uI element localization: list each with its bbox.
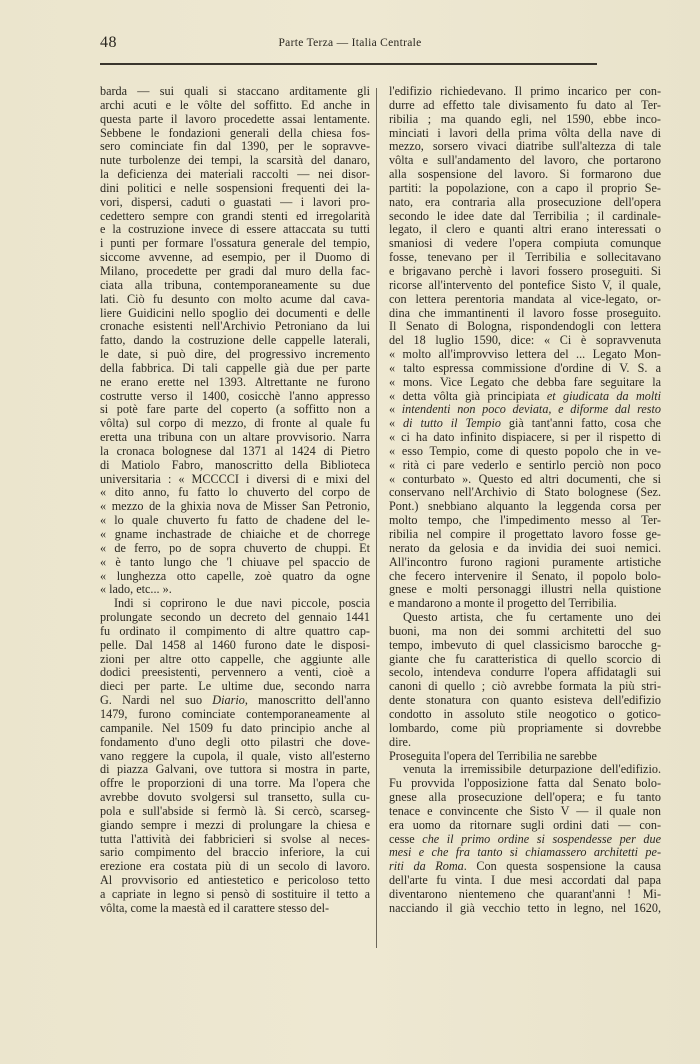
text-line: « ci ha dato infinito dispiacere, si per… — [389, 431, 661, 445]
text-line: e la costruzione invece di essere attacc… — [100, 223, 370, 237]
text-line: universitaria : « MCCCCI i diversi di e … — [100, 473, 370, 487]
text-line: buoni, ma non dei sommi architetti del s… — [389, 625, 661, 639]
text-line: lati. Ciò fu desunto con molto acume dal… — [100, 293, 370, 307]
text-line: mesi e che fra tanto si chiamassero arch… — [389, 846, 661, 860]
text-line: dire. — [389, 736, 661, 750]
text-line: la cronaca bolognese dal 1371 al 1424 di… — [100, 445, 370, 459]
text-line: Questo artista, che fu certamente uno de… — [389, 611, 661, 625]
text-line: « lo quale chuverto fu fatto de chadene … — [100, 514, 370, 528]
text-line: del 18 luglio 1590, dice: « Ci è sopravv… — [389, 334, 661, 348]
text-line: prolungate secondo un decreto del gennai… — [100, 611, 370, 625]
text-line: « conturbato ». Questo ed altri document… — [389, 473, 661, 487]
text-line: « gname inchastrade de chiaiche et de ch… — [100, 528, 370, 542]
text-line: fondamento d'uno degli otto pilastri che… — [100, 736, 370, 750]
text-line: giante che fu caratteristica di quello s… — [389, 653, 661, 667]
text-line: vori, dispersi, caduti o guastati — i la… — [100, 196, 370, 210]
text-line: della fabbrica. Di tali cappelle già due… — [100, 362, 370, 376]
text-line: sero cominciate fin dal 1390, per le sop… — [100, 140, 370, 154]
text-line: avrebbe dovuto svolgersi sul transetto, … — [100, 791, 370, 805]
text-line: vôlta) sul corpo di mezzo, di fronte al … — [100, 417, 370, 431]
text-line: nacciando il già vecchio tetto in legno,… — [389, 902, 661, 916]
text-line: cedettero sempre con grandi stenti ed ir… — [100, 210, 370, 224]
text-line: era uomo da ritornare sugli ordini dati … — [389, 819, 661, 833]
text-line: vano reggere la cupola, il quale, visto … — [100, 750, 370, 764]
text-line: e brigavano perchè i lavori fossero pros… — [389, 265, 661, 279]
text-line: fatto, dando la costruzione delle cappel… — [100, 334, 370, 348]
text-line: « lado, etc... ». — [100, 583, 370, 597]
text-line: G. Nardi nel suo Diario, manoscritto del… — [100, 694, 370, 708]
text-line: riti da Roma. Con questa sospensione la … — [389, 860, 661, 874]
text-line: dini politici e nelle sospensioni freque… — [100, 182, 370, 196]
text-line: durre ad effetto tale divisamento fu dat… — [389, 99, 661, 113]
text-line: venuta la irremissibile deturpazione del… — [389, 763, 661, 777]
text-line: All'incontro furono ragioni puramente ar… — [389, 556, 661, 570]
column-divider — [376, 88, 377, 948]
text-line: giando sempre i mezzi di prolungare la c… — [100, 819, 370, 833]
text-line: a capriate in legno si pensò di sostitui… — [100, 888, 370, 902]
text-line: nute turbolenze dei tempi, la scarsità d… — [100, 154, 370, 168]
text-line: cesse che il primo ordine si sospendesse… — [389, 833, 661, 847]
text-line: « intendenti non poco deviata, e diforme… — [389, 403, 661, 417]
text-line: tutta l'attività dei fabbricieri si svol… — [100, 833, 370, 847]
text-line: che fecero intervenire il Senato, il pop… — [389, 570, 661, 584]
text-line: ciata alla tribuna, contemporaneamente s… — [100, 279, 370, 293]
text-line: erezione era costata più di un secolo di… — [100, 860, 370, 874]
text-line: vôlta, come la maestà ed il carattere st… — [100, 902, 370, 916]
right-column: l'edifizio richiedevano. Il primo incari… — [389, 85, 661, 916]
text-line: si potè fare parte del coperto (a soffit… — [100, 403, 370, 417]
text-line: Fu provvida l'opposizione fatta dal Sena… — [389, 777, 661, 791]
text-line: lombardo, come più propriamente si dovre… — [389, 722, 661, 736]
text-line: tenace e convincente che Sisto V — il qu… — [389, 805, 661, 819]
text-line: i punti per formare l'ossatura generale … — [100, 237, 370, 251]
text-line: campanile. Nel 1509 fu dato principio an… — [100, 722, 370, 736]
text-line: la deficienza dei materiali raccolti — n… — [100, 168, 370, 182]
text-line: canoni di quello ; ciò avrebbe formata l… — [389, 680, 661, 694]
header-rule — [100, 63, 597, 65]
text-line: cronache esistenti nell'Archivio Petroni… — [100, 320, 370, 334]
page-header: 48 Parte Terza — Italia Centrale — [100, 34, 600, 54]
text-line: ne erano erette nel 1393. Altrettante ne… — [100, 376, 370, 390]
text-line: « mezzo de la ghixia nova de Misser San … — [100, 500, 370, 514]
text-line: eretta una tribuna con un altare provvis… — [100, 431, 370, 445]
text-line: « detta vôlta già principiata et giudica… — [389, 390, 661, 404]
text-line: ricorse all'intervento del pontefice Sis… — [389, 279, 661, 293]
text-line: minciati i lavori della prima vôlta dell… — [389, 127, 661, 141]
text-line: pelle. Dal 1458 al 1460 furono date le d… — [100, 639, 370, 653]
text-line: Il Senato di Bologna, rispondendogli con… — [389, 320, 661, 334]
text-line: dina che immantinenti il lavoro fosse pr… — [389, 307, 661, 321]
text-line: diventarono nientemeno che quarant'anni … — [389, 888, 661, 902]
text-line: l'edifizio richiedevano. Il primo incari… — [389, 85, 661, 99]
text-line: secondo le idee date dal Terribilia ; il… — [389, 210, 661, 224]
left-column: barda — sui quali si staccano arditament… — [100, 85, 370, 916]
text-line: « talto espressa commissione d'ordine di… — [389, 362, 661, 376]
text-line: archi acuti e le vôlte del soffitto. Ed … — [100, 99, 370, 113]
text-line: e mandarono a monte il progetto del Terr… — [389, 597, 661, 611]
text-line: dodici preesistenti, pervennero a venti,… — [100, 666, 370, 680]
text-line: ribilia nel compire il progettato lavoro… — [389, 528, 661, 542]
text-line: sario compimento del braccio inferiore, … — [100, 846, 370, 860]
text-line: fosse, tenevano per il Terribilia e soll… — [389, 251, 661, 265]
text-line: ribilia ; ma quando egli, nel 1590, ebbe… — [389, 113, 661, 127]
text-line: « è tanto lungo che 'l chiuave pel spacc… — [100, 556, 370, 570]
text-line: « dito anno, fu fatto lo chuverto del co… — [100, 486, 370, 500]
text-line: Sebbene le fondazioni generali della chi… — [100, 127, 370, 141]
text-line: vôlta e sull'andamento del lavoro, che p… — [389, 154, 661, 168]
text-line: legato, il clero e quanti altri erano in… — [389, 223, 661, 237]
text-line: gnese e molti personaggi illustri nella … — [389, 583, 661, 597]
text-line: Proseguita l'opera del Terribilia ne sar… — [389, 750, 661, 764]
text-line: « mons. Vice Legato che debba fare segui… — [389, 376, 661, 390]
text-line: costrutte verso il 1400, cosicchè l'anno… — [100, 390, 370, 404]
text-line: conservano nell'Archivio di Stato bologn… — [389, 486, 661, 500]
text-line: barda — sui quali si staccano arditament… — [100, 85, 370, 99]
text-line: mezzo, sorsero vivaci diatribe sull'alte… — [389, 140, 661, 154]
text-line: pola e sull'abside si fermò là. Si cercò… — [100, 805, 370, 819]
text-line: con lettera perentoria mandata al vice-l… — [389, 293, 661, 307]
text-line: nato, era contraria alla prosecuzione de… — [389, 196, 661, 210]
text-line: « molto all'improvviso lettera del ... L… — [389, 348, 661, 362]
running-head: Parte Terza — Italia Centrale — [100, 37, 600, 49]
text-line: dieci per parte. Le ultime due, secondo … — [100, 680, 370, 694]
text-line: nerato da gelosia e da invidia dei suoi … — [389, 542, 661, 556]
text-line: di Matiolo Fabro, manoscritto della Bibl… — [100, 459, 370, 473]
text-line: Pont.) snebbiano alquanto la leggenda co… — [389, 500, 661, 514]
text-line: « lunghezza otto capelle, zoè quatro da … — [100, 570, 370, 584]
text-line: questa parte il lavoro procedette assai … — [100, 113, 370, 127]
text-line: Indi si coprirono le due navi piccole, p… — [100, 597, 370, 611]
text-line: gnese alla prosecuzione dell'opera; e fu… — [389, 791, 661, 805]
text-line: molto tempo, che l'impedimento messo al … — [389, 514, 661, 528]
text-line: offre le proporzioni di una torre. Ma l'… — [100, 777, 370, 791]
text-line: secolo, intendeva condurre l'opera affid… — [389, 666, 661, 680]
text-line: « esso Tempio, come di questo popolo che… — [389, 445, 661, 459]
text-line: dell'arte fu vinta. I due mesi accordati… — [389, 874, 661, 888]
text-line: condotto in assoluto stile neogotico o g… — [389, 708, 661, 722]
text-line: di piazza Galvani, ove tuttora si mostra… — [100, 763, 370, 777]
text-line: Milano, procedette per gradi dal muro de… — [100, 265, 370, 279]
text-line: « di tutto il Tempio già tant'anni fatto… — [389, 417, 661, 431]
text-line: fu ordinato il compimento di altre quatt… — [100, 625, 370, 639]
text-line: liere Guidicini nello spoglio dei docume… — [100, 307, 370, 321]
text-line: smaniosi di vedere l'opera compiuta comu… — [389, 237, 661, 251]
text-line: alla sospensione del lavoro. Si formaron… — [389, 168, 661, 182]
text-line: le date, si può dire, del progressivo in… — [100, 348, 370, 362]
text-line: partiti: la popolazione, con a capo il p… — [389, 182, 661, 196]
book-page: 48 Parte Terza — Italia Centrale barda —… — [0, 0, 700, 1064]
text-line: zioni per altre otto cappelle, che aggiu… — [100, 653, 370, 667]
text-line: siccome avvenne, ad esempio, per il Duom… — [100, 251, 370, 265]
text-line: dente stonatura con quanto esisteva dell… — [389, 694, 661, 708]
text-line: Al provvisorio ed antiestetico e pericol… — [100, 874, 370, 888]
text-line: tempo, imbevuto di quel classicismo baro… — [389, 639, 661, 653]
text-line: « rità ci pare vederlo e sentirlo perciò… — [389, 459, 661, 473]
text-line: « de ferro, po de sopra chuverto de chup… — [100, 542, 370, 556]
text-line: 1479, furono cominciate contemporaneamen… — [100, 708, 370, 722]
